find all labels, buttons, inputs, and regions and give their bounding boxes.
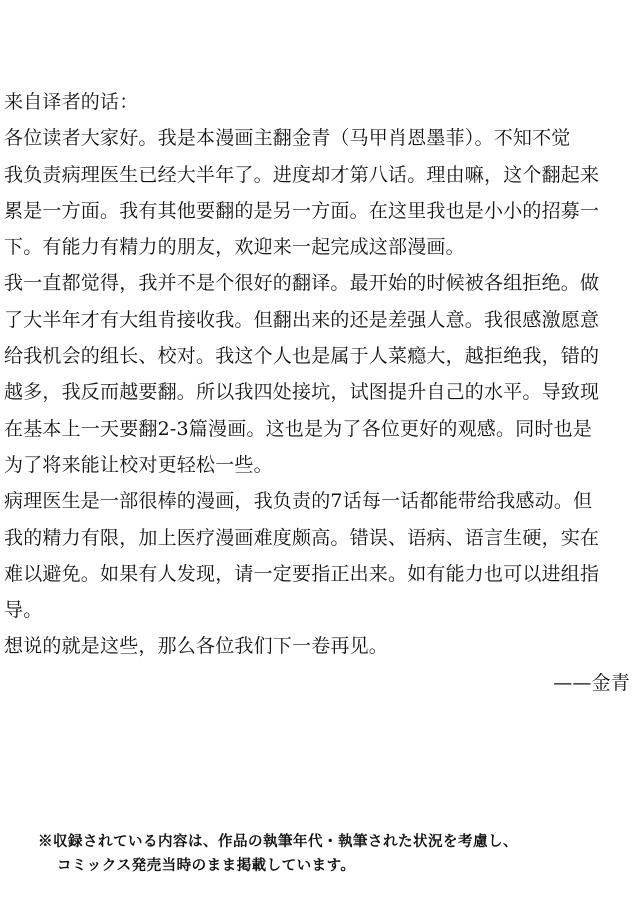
note-line: 越多，我反而越要翻。所以我四处接坑，试图提升自己的水平。导致现 [4, 374, 636, 410]
publisher-disclaimer: ※収録されている内容は、作品の執筆年代・執筆された状況を考慮し、 コミックス発売… [38, 830, 618, 878]
signature: ——金青 [4, 665, 636, 701]
note-title: 来自译者的话： [4, 84, 636, 120]
note-line: 给我机会的组长、校对。我这个人也是属于人菜瘾大，越拒绝我，错的 [4, 338, 636, 374]
translator-note: 来自译者的话： 各位读者大家好。我是本漫画主翻金青（马甲肖恩墨菲）。不知不觉 我… [4, 84, 636, 701]
note-line: 为了将来能让校对更轻松一些。 [4, 447, 636, 483]
note-line: 导。 [4, 592, 636, 628]
note-line: 病理医生是一部很棒的漫画，我负责的7话每一话都能带给我感动。但 [4, 483, 636, 519]
note-line: 下。有能力有精力的朋友，欢迎来一起完成这部漫画。 [4, 229, 636, 265]
note-line: 了大半年才有大组肯接收我。但翻出来的还是差强人意。我很感激愿意 [4, 302, 636, 338]
note-line: 我的精力有限，加上医疗漫画难度颇高。错误、语病、语言生硬，实在 [4, 520, 636, 556]
note-line: 累是一方面。我有其他要翻的是另一方面。在这里我也是小小的招募一 [4, 193, 636, 229]
note-line: 我一直都觉得，我并不是个很好的翻译。最开始的时候被各组拒绝。做 [4, 265, 636, 301]
note-line: 各位读者大家好。我是本漫画主翻金青（马甲肖恩墨菲）。不知不觉 [4, 120, 636, 156]
note-line: 难以避免。如果有人发现，请一定要指正出来。如有能力也可以进组指 [4, 556, 636, 592]
disclaimer-line-1: ※収録されている内容は、作品の執筆年代・執筆された状況を考慮し、 [38, 830, 618, 854]
disclaimer-line-2: コミックス発売当時のまま掲載しています。 [38, 854, 618, 878]
note-line: 我负责病理医生已经大半年了。进度却才第八话。理由嘛，这个翻起来 [4, 157, 636, 193]
note-line: 想说的就是这些，那么各位我们下一卷再见。 [4, 628, 636, 664]
note-line: 在基本上一天要翻2-3篇漫画。这也是为了各位更好的观感。同时也是 [4, 411, 636, 447]
